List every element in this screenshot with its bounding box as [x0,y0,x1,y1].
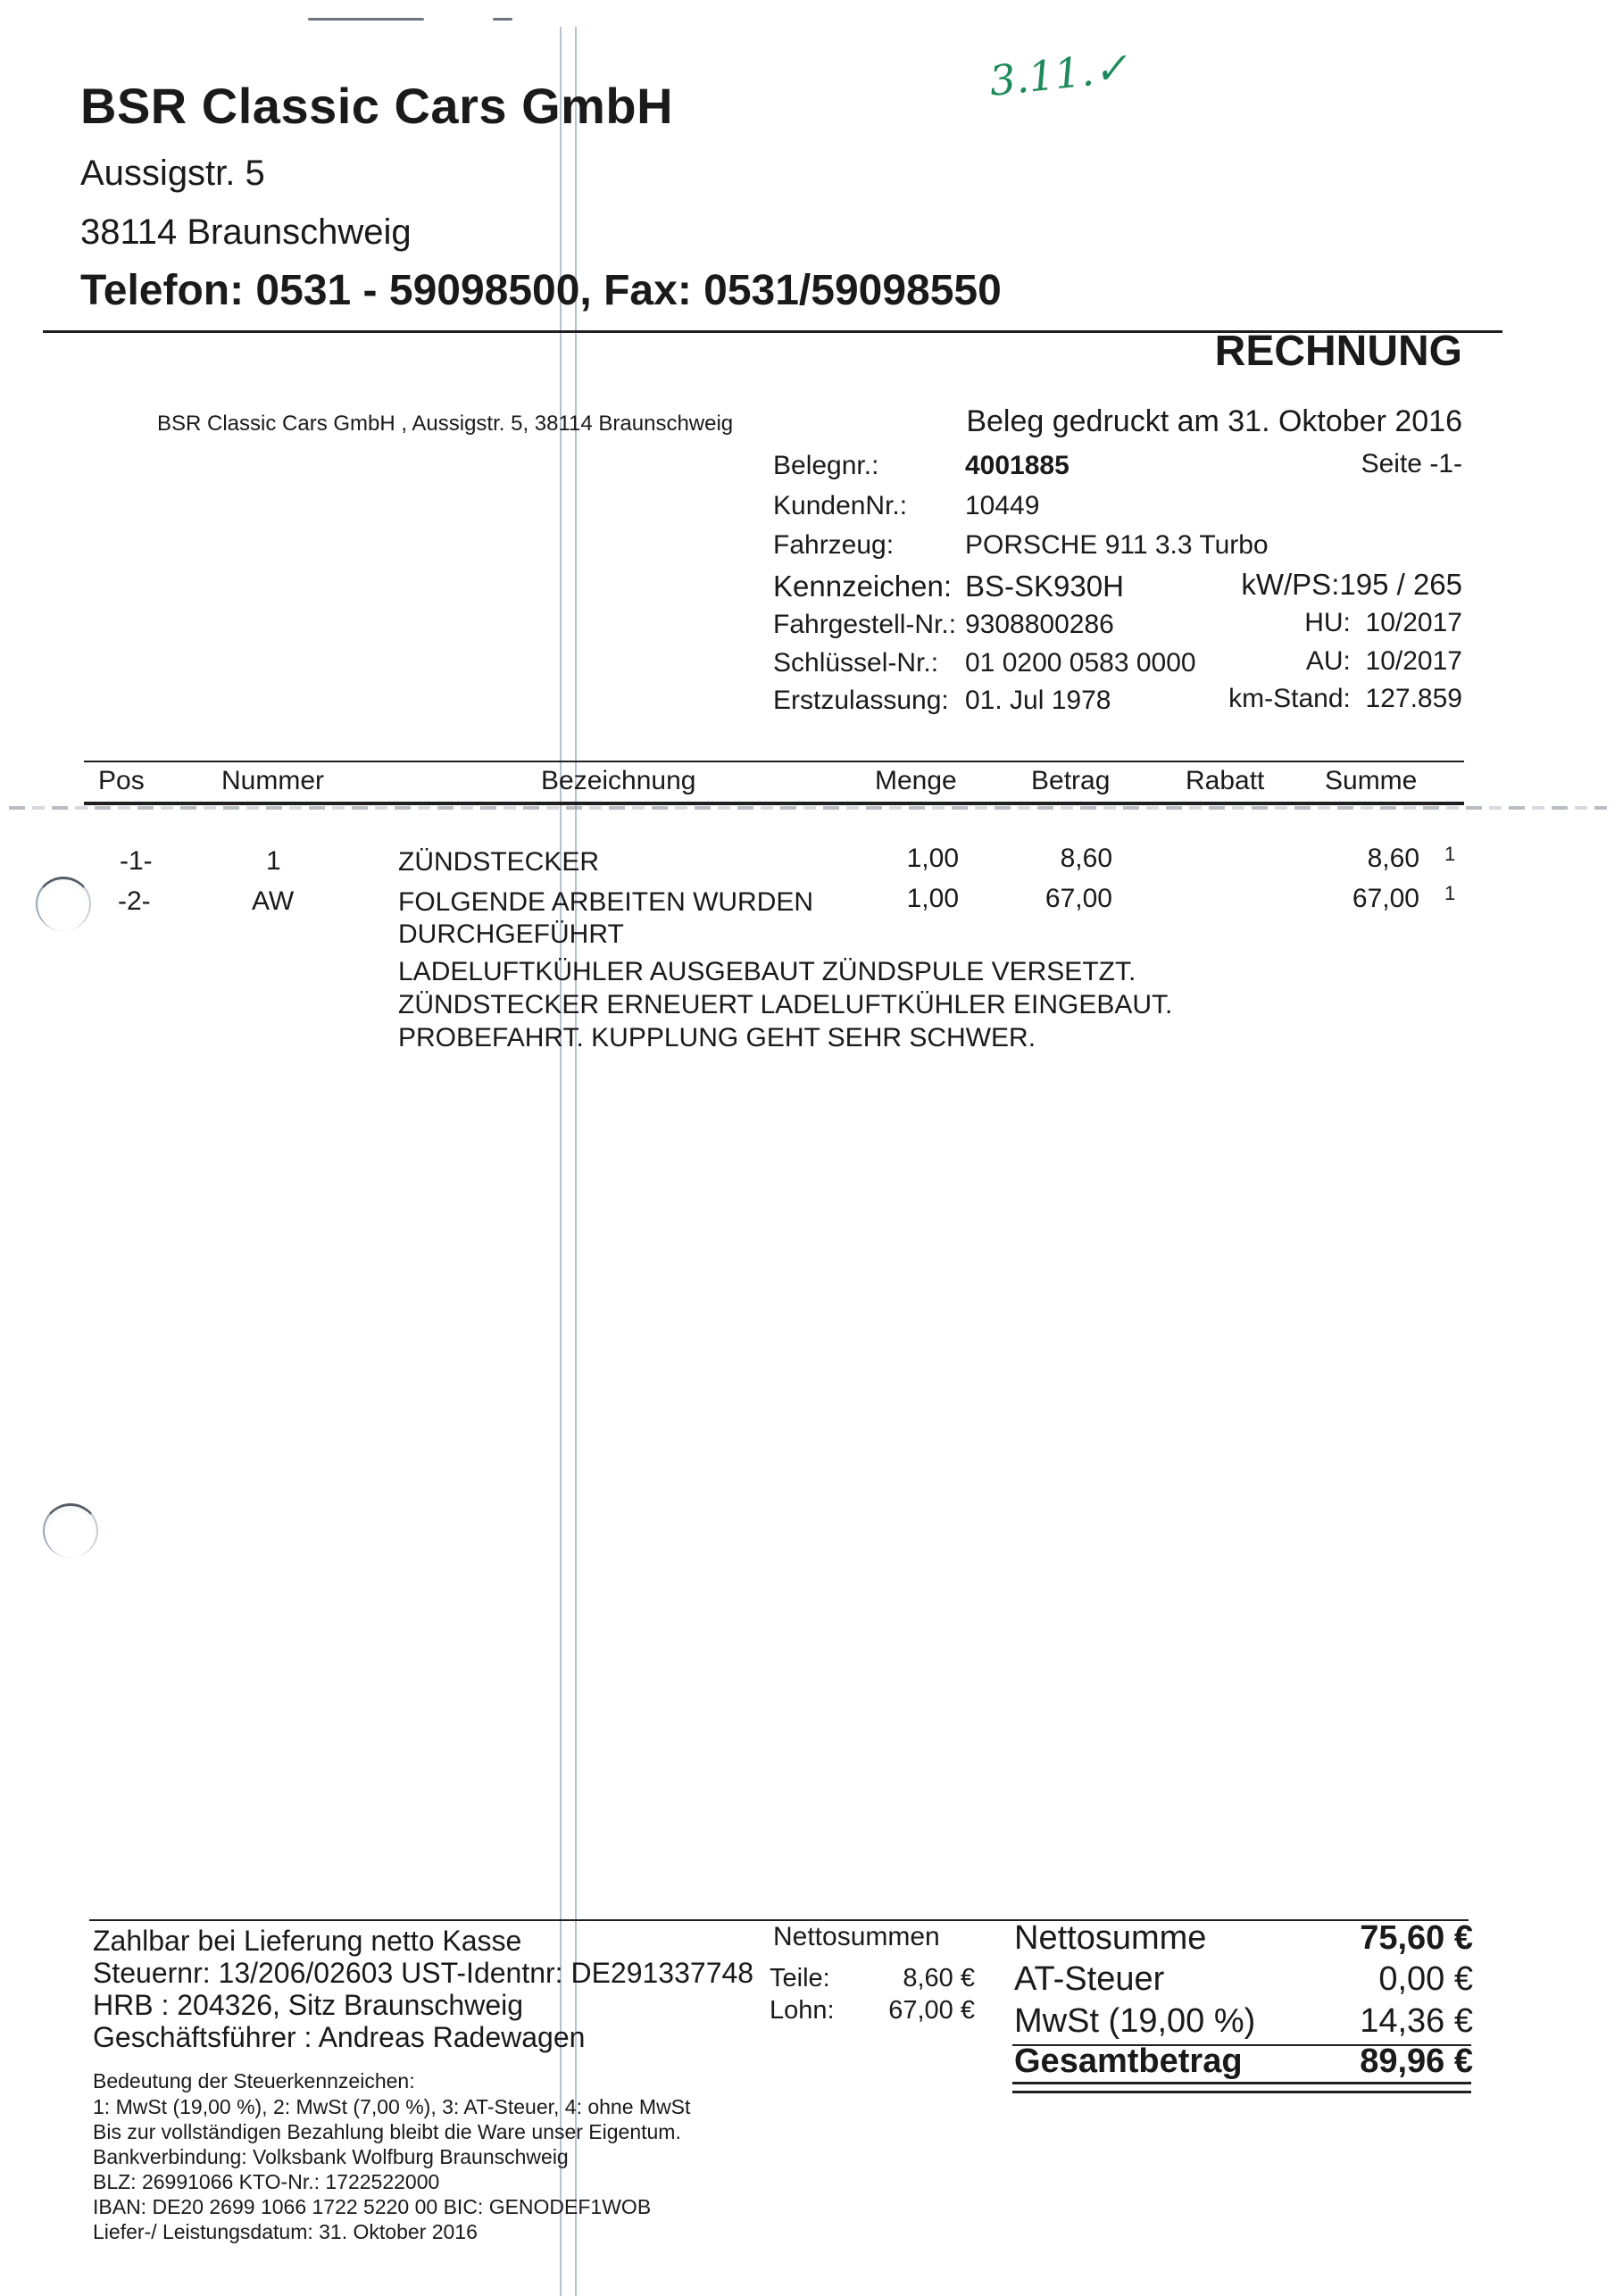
row-bezeichnung: ZÜNDSTECKER [398,846,599,878]
row-betrag: 8,60 [1061,844,1112,874]
col-rabatt: Rabatt [1186,766,1264,796]
totals-double-underline [1012,2091,1471,2093]
hrb: HRB : 204326, Sitz Braunschweig [93,1989,523,2022]
km-field: km-Stand: 127.859 [1228,684,1462,714]
erstzulassung-value: 01. Jul 1978 [965,686,1111,716]
ownership-note: Bis zur vollständigen Bezahlung bleibt d… [93,2120,681,2144]
bank-blz: BLZ: 26991066 KTO-Nr.: 1722522000 [93,2170,439,2194]
row-menge: 1,00 [907,844,959,874]
table-header-rule [84,802,1464,805]
col-menge: Menge [875,766,957,796]
kennzeichen-label: Kennzeichen: [773,570,952,603]
row-tax-code: 1 [1444,843,1455,866]
row-bezeichnung: FOLGENDE ARBEITEN WURDEN DURCHGEFÜHRT [398,886,813,951]
row-nummer: AW [252,886,294,917]
lohn-value: 67,00 € [888,1996,975,2026]
col-pos: Pos [98,766,145,796]
scan-fold-line [560,27,562,2296]
work-note: LADELUFTKÜHLER AUSGEBAUT ZÜNDSPULE VERSE… [398,955,1172,1054]
company-name: BSR Classic Cars GmbH [80,77,673,135]
col-nummer: Nummer [221,766,324,796]
fahrgestell-value: 9308800286 [965,610,1114,640]
gesamt-label: Gesamtbetrag [1014,2042,1243,2081]
company-street: Aussigstr. 5 [80,154,265,194]
company-city: 38114 Braunschweig [80,212,412,253]
scan-fold-line [575,27,577,2296]
gesamt-value: 89,96 € [1360,2042,1473,2081]
col-bezeichnung: Bezeichnung [541,766,695,796]
hu-value: 10/2017 [1366,608,1462,637]
punch-hole [43,1503,98,1558]
erstzulassung-label: Erstzulassung: [773,686,949,716]
totals-underline [1012,2082,1471,2084]
fahrgestell-label: Fahrgestell-Nr.: [773,610,956,640]
sender-line: BSR Classic Cars GmbH , Aussigstr. 5, 38… [157,412,733,437]
tax-ids: Steuernr: 13/206/02603 UST-Identnr: DE29… [93,1957,753,1990]
netto-heading: Nettosummen [773,1922,940,1952]
mwst-label: MwSt (19,00 %) [1014,2002,1255,2041]
atsteuer-label: AT-Steuer [1014,1960,1164,1999]
delivery-date: Liefer-/ Leistungsdatum: 31. Oktober 201… [93,2220,478,2244]
row-tax-code: 1 [1444,882,1455,905]
hu-field: HU: 10/2017 [1304,608,1462,638]
atsteuer-value: 0,00 € [1378,1960,1473,1999]
bank-name: Bankverbindung: Volksbank Wolfburg Braun… [93,2145,569,2169]
km-label: km-Stand: [1228,684,1351,713]
fahrzeug-value: PORSCHE 911 3.3 Turbo [965,530,1269,561]
kwps-value: 195 / 265 [1339,568,1462,601]
tax-legend: 1: MwSt (19,00 %), 2: MwSt (7,00 %), 3: … [93,2095,690,2119]
manager: Geschäftsführer : Andreas Radewagen [93,2021,585,2054]
payment-terms: Zahlbar bei Lieferung netto Kasse [93,1925,521,1958]
mwst-value: 14,36 € [1360,2002,1473,2041]
schluessel-value: 01 0200 0583 0000 [965,648,1196,678]
belegnr-label: Belegnr.: [773,451,878,481]
bank-iban: IBAN: DE20 2699 1066 1722 5220 00 BIC: G… [93,2195,651,2219]
handwritten-annotation: 3.11.✓ [987,43,1130,105]
belegnr-value: 4001885 [965,451,1070,481]
lohn-label: Lohn: [770,1996,835,2026]
page-number: Seite -1- [1361,449,1462,479]
row-menge: 1,00 [907,884,959,914]
teile-label: Teile: [770,1964,830,1993]
au-field: AU: 10/2017 [1306,646,1462,677]
au-label: AU: [1306,646,1351,676]
footer-rule [89,1919,1469,1921]
fahrzeug-label: Fahrzeug: [773,530,894,561]
punch-hole [36,877,91,931]
printed-date: Beleg gedruckt am 31. Oktober 2016 [966,404,1462,439]
row-pos: -2- [118,886,151,917]
kwps-label: kW/PS: [1241,568,1339,601]
kwps-field: kW/PS:195 / 265 [1241,568,1462,602]
kennzeichen-value: BS-SK930H [965,570,1124,603]
row-summe: 67,00 [1352,884,1419,914]
row-summe: 8,60 [1368,844,1419,874]
au-value: 10/2017 [1366,646,1462,676]
kundennr-value: 10449 [965,491,1039,521]
hu-label: HU: [1304,608,1351,637]
col-summe: Summe [1325,766,1417,796]
col-betrag: Betrag [1031,766,1110,796]
tax-legend-title: Bedeutung der Steuerkennzeichen: [93,2069,415,2093]
row-pos: -1- [120,846,153,877]
nettosumme-label: Nettosumme [1014,1919,1206,1958]
nettosumme-value: 75,60 € [1360,1919,1473,1958]
scan-mark [308,18,424,21]
table-top-rule [84,761,1464,762]
kundennr-label: KundenNr.: [773,491,907,521]
row-nummer: 1 [266,846,281,877]
teile-value: 8,60 € [903,1964,975,1993]
document-title: RECHNUNG [1215,327,1462,376]
row-betrag: 67,00 [1045,884,1112,914]
scan-noise [9,806,1607,810]
schluessel-label: Schlüssel-Nr.: [773,648,938,678]
company-contact: Telefon: 0531 - 59098500, Fax: 0531/5909… [80,266,1002,315]
km-value: 127.859 [1366,684,1462,713]
scan-mark [493,18,512,21]
